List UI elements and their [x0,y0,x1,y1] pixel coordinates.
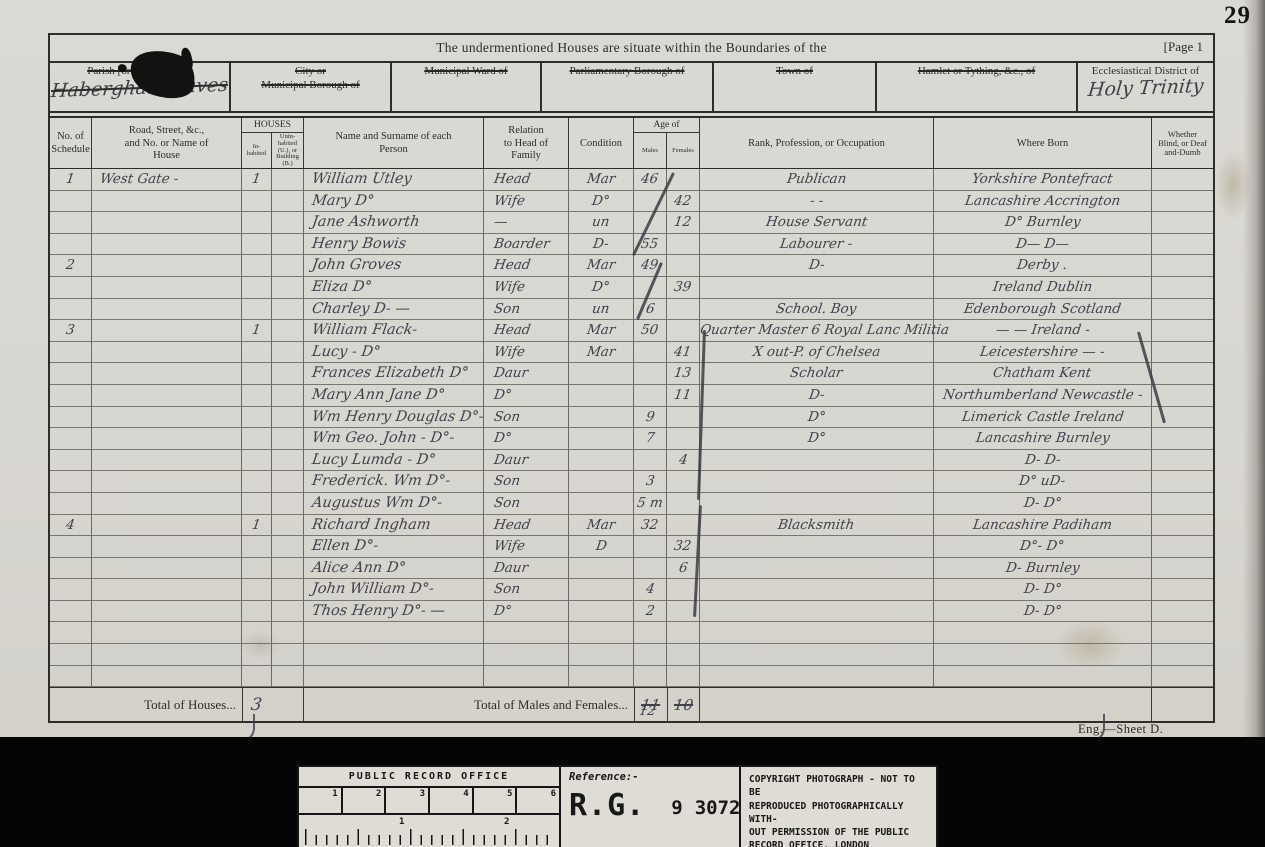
cell-relation: Son [484,471,569,493]
cell-occupation: Publican [700,169,934,191]
cell-age_m: 2 [634,601,667,623]
cell-age_m [634,536,667,558]
totals-empty-cell [1152,688,1213,721]
cell-infirm [1152,450,1213,472]
cell-relation: Son [484,579,569,601]
cell-name: Lucy Lumda - D° [304,450,484,472]
cell-condition [569,363,634,385]
cell-occupation: School. Boy [700,299,934,321]
cell-uninhabited [272,342,304,364]
form-title-row: The undermentioned Houses are situate wi… [50,35,1213,61]
cell-schedule: 3 [50,320,92,342]
cell-schedule [50,299,92,321]
cell-schedule [50,234,92,256]
cell-born: Derby . [934,255,1152,277]
cell-uninhabited [272,428,304,450]
col-header-houses: HOUSES [242,118,304,133]
col-header-inhabited: In- habited [242,133,272,169]
cell-born: D°- D° [934,536,1152,558]
table-row: Charley D- —Sonun6School. BoyEdenborough… [50,299,1213,321]
cell-name: Charley D- — [304,299,484,321]
cell-born: Limerick Castle Ireland [934,407,1152,429]
cell-schedule [50,428,92,450]
col-header-females: Females [667,133,700,169]
cell-infirm [1152,342,1213,364]
cell-inhabited [242,342,272,364]
cell-condition [569,579,634,601]
cell-schedule [50,644,92,666]
stamp-ruler-section: PUBLIC RECORD OFFICE 123456 1 2 [299,767,561,847]
cell-age_m: 46 [634,169,667,191]
cell-name: John Groves [304,255,484,277]
cell-relation: Wife [484,342,569,364]
cell-infirm [1152,212,1213,234]
cell-age_m: 9 [634,407,667,429]
cell-born: Lancashire Accrington [934,191,1152,213]
reference-series: R.G. [569,792,645,819]
cell-relation: Daur [484,558,569,580]
cell-condition: un [569,212,634,234]
cell-schedule [50,536,92,558]
cell-condition: Mar [569,342,634,364]
district-box: Parliamentary Borough of [542,63,714,111]
district-box-label: Municipal Ward of [424,65,507,79]
cell-born: D- D- [934,450,1152,472]
table-header: No. of Schedule Road, Street, &c., and N… [50,116,1213,169]
cell-age_f [667,407,700,429]
cell-infirm [1152,255,1213,277]
table-row: Mary D°WifeD°42- -Lancashire Accrington [50,191,1213,213]
district-box: Parish [or Township] ofHabergham Eaves [50,63,231,111]
stamp-copyright-notice: COPYRIGHT PHOTOGRAPH - NOT TO BE REPRODU… [741,767,936,847]
table-row: Jane Ashworth—un12House ServantD° Burnle… [50,212,1213,234]
cell-born: D— D— [934,234,1152,256]
cell-age_m: 49 [634,255,667,277]
total-houses-label: Total of Houses... [50,688,242,721]
cell-name: Ellen D°- [304,536,484,558]
cell-occupation [700,622,934,644]
cell-age_m: 5 m [634,493,667,515]
col-header-uninhabited: Unin- habited (U.), or Building (B.) [272,133,304,169]
cell-age_m: 32 [634,515,667,537]
cell-road [92,450,242,472]
cell-inhabited: 1 [242,320,272,342]
cell-inhabited [242,212,272,234]
table-row: 2John GrovesHeadMar49D-Derby . [50,255,1213,277]
cell-infirm [1152,493,1213,515]
cell-inhabited [242,234,272,256]
table-row: Eliza D°WifeD°39Ireland Dublin [50,277,1213,299]
ruler-inch-label: 1 [399,817,404,827]
cell-born: D- D° [934,601,1152,623]
cell-road [92,299,242,321]
cell-age_f [667,428,700,450]
cell-born [934,622,1152,644]
col-header-age: Age of [634,118,700,133]
reference-item: 3072 [695,797,741,819]
district-box-label: Hamlet or Tything, &c., of [918,65,1035,79]
cell-condition [569,385,634,407]
cell-occupation [700,558,934,580]
cell-relation: Wife [484,536,569,558]
stamp-reference-section: Reference:- R.G. 9 3072 [561,767,741,847]
cell-condition [569,407,634,429]
page-label: [Page 1 [1164,39,1203,55]
totals-empty-cell [934,688,1152,721]
cell-occupation [700,666,934,688]
cell-uninhabited [272,471,304,493]
cell-uninhabited [272,212,304,234]
district-box: Municipal Ward of [392,63,542,111]
cell-relation: — [484,212,569,234]
col-header-rank: Rank, Profession, or Occupation [700,118,934,169]
cell-inhabited [242,536,272,558]
cell-inhabited [242,666,272,688]
cell-age_m: 4 [634,579,667,601]
table-row: Wm Geo. John - D°-D°7D°Lancashire Burnle… [50,428,1213,450]
table-row: Frances Elizabeth D°Daur13ScholarChatham… [50,363,1213,385]
cell-occupation [700,579,934,601]
cell-name: Lucy - D° [304,342,484,364]
ruler-cm-cell: 5 [474,788,518,813]
district-header-row: Parish [or Township] ofHabergham EavesCi… [50,61,1213,113]
cell-schedule [50,342,92,364]
table-row: Wm Henry Douglas D°-Son9D°Limerick Castl… [50,407,1213,429]
cell-schedule [50,601,92,623]
cell-born: Lancashire Padiham [934,515,1152,537]
table-row: John William D°-Son4D- D° [50,579,1213,601]
cell-infirm [1152,644,1213,666]
ruler-inch-label: 2 [504,817,509,827]
table-body: 1West Gate -1William UtleyHeadMar46Publi… [50,169,1213,687]
cell-inhabited [242,428,272,450]
cell-age_f: 42 [667,191,700,213]
cell-age_f [667,493,700,515]
cell-age_m [634,342,667,364]
table-row: Frederick. Wm D°-Son3D° uD- [50,471,1213,493]
cell-condition [569,493,634,515]
cell-relation: Wife [484,191,569,213]
cell-age_m [634,558,667,580]
cell-age_f: 39 [667,277,700,299]
cell-infirm [1152,299,1213,321]
cell-inhabited [242,191,272,213]
cell-inhabited [242,601,272,623]
cell-condition: Mar [569,320,634,342]
table-row [50,644,1213,666]
table-row [50,622,1213,644]
cell-road [92,666,242,688]
cell-relation: Head [484,515,569,537]
ruler-cm-cell: 3 [386,788,430,813]
ruler-cm-cell: 4 [430,788,474,813]
cell-uninhabited [272,255,304,277]
cell-uninhabited [272,579,304,601]
cell-inhabited [242,299,272,321]
cell-occupation [700,536,934,558]
cell-inhabited [242,407,272,429]
cell-relation: Son [484,299,569,321]
cell-schedule [50,450,92,472]
public-record-office-stamp: PUBLIC RECORD OFFICE 123456 1 2 Referenc… [297,765,938,847]
cell-occupation [700,450,934,472]
cell-born: Chatham Kent [934,363,1152,385]
cell-inhabited [242,493,272,515]
cell-condition [569,622,634,644]
cell-condition: D° [569,191,634,213]
table-row [50,666,1213,688]
cell-born: Leicestershire — - [934,342,1152,364]
cell-age_f [667,255,700,277]
cell-name: Thos Henry D°- — [304,601,484,623]
cell-infirm [1152,363,1213,385]
cell-born: D° Burnley [934,212,1152,234]
cell-occupation: Blacksmith [700,515,934,537]
cell-condition [569,644,634,666]
cell-name: William Utley [304,169,484,191]
cell-age_f [667,622,700,644]
cell-road [92,622,242,644]
cell-occupation: D- [700,255,934,277]
cell-age_f [667,299,700,321]
cell-infirm [1152,191,1213,213]
table-row: Augustus Wm D°-Son5 mD- D° [50,493,1213,515]
stamp-office-title: PUBLIC RECORD OFFICE [299,767,559,788]
cell-name: Mary Ann Jane D° [304,385,484,407]
cell-road [92,234,242,256]
col-header-name: Name and Surname of each Person [304,118,484,169]
cell-relation: Daur [484,363,569,385]
table-row: Lucy Lumda - D°Daur4D- D- [50,450,1213,472]
cell-relation: D° [484,385,569,407]
cell-condition [569,601,634,623]
cell-born: Ireland Dublin [934,277,1152,299]
cell-road [92,277,242,299]
cell-relation: Head [484,169,569,191]
cell-age_m: 3 [634,471,667,493]
cell-road [92,558,242,580]
cell-name [304,622,484,644]
ruler-cm-cell: 6 [517,788,559,813]
cell-condition: Mar [569,515,634,537]
cell-occupation [700,277,934,299]
cell-infirm [1152,558,1213,580]
cell-age_m [634,622,667,644]
cell-inhabited [242,255,272,277]
cell-name: Richard Ingham [304,515,484,537]
form-title: The undermentioned Houses are situate wi… [436,40,827,56]
cell-relation: Son [484,493,569,515]
cell-road: West Gate - [92,169,242,191]
cell-age_m [634,450,667,472]
cell-schedule [50,622,92,644]
cell-condition [569,471,634,493]
cell-age_f: 32 [667,536,700,558]
census-sheet: 29 The undermentioned Houses are situate… [0,0,1265,740]
cell-born: D° uD- [934,471,1152,493]
cell-relation: D° [484,428,569,450]
cell-inhabited [242,385,272,407]
table-row: Lucy - D°WifeMar41X out-P. of ChelseaLei… [50,342,1213,364]
col-header-road: Road, Street, &c., and No. or Name of Ho… [92,118,242,169]
cell-uninhabited [272,169,304,191]
cell-relation: Head [484,320,569,342]
cell-uninhabited [272,622,304,644]
cell-condition: D° [569,277,634,299]
table-row: Mary Ann Jane D°D°11D-Northumberland New… [50,385,1213,407]
cell-occupation: Labourer - [700,234,934,256]
cell-relation: Daur [484,450,569,472]
col-header-blind: Whether Blind, or Deaf and-Dumb [1152,118,1213,169]
cell-age_f [667,320,700,342]
cell-uninhabited [272,558,304,580]
cell-occupation: - - [700,191,934,213]
cell-born: D- Burnley [934,558,1152,580]
col-header-schedule: No. of Schedule [50,118,92,169]
cell-name: William Flack- [304,320,484,342]
col-header-males: Males [634,133,667,169]
total-males-females-label: Total of Males and Females... [304,688,634,721]
cell-road [92,579,242,601]
cell-road [92,385,242,407]
cell-age_f [667,666,700,688]
cell-schedule [50,385,92,407]
cell-infirm [1152,579,1213,601]
district-box-label: Parliamentary Borough of [570,65,685,79]
cell-age_f: 41 [667,342,700,364]
cell-occupation: D° [700,407,934,429]
cell-relation: Boarder [484,234,569,256]
cell-relation: D° [484,601,569,623]
cell-name: Augustus Wm D°- [304,493,484,515]
cell-name: Jane Ashworth [304,212,484,234]
cell-uninhabited [272,407,304,429]
cell-condition [569,428,634,450]
cell-relation: Head [484,255,569,277]
cell-schedule [50,363,92,385]
cell-name: Mary D° [304,191,484,213]
cell-inhabited: 1 [242,515,272,537]
cell-name [304,666,484,688]
table-row: Henry BowisBoarderD-55Labourer -D— D— [50,234,1213,256]
table-row: 41Richard InghamHeadMar32BlacksmithLanca… [50,515,1213,537]
cell-occupation: Quarter Master 6 Royal Lanc Militia [700,320,934,342]
cell-age_f: 11 [667,385,700,407]
cell-condition [569,450,634,472]
cell-inhabited: 1 [242,169,272,191]
cell-age_f [667,515,700,537]
cell-name: Wm Henry Douglas D°- [304,407,484,429]
cell-uninhabited [272,601,304,623]
table-row: 1West Gate -1William UtleyHeadMar46Publi… [50,169,1213,191]
cell-age_m [634,644,667,666]
cell-relation [484,644,569,666]
cell-born: Lancashire Burnley [934,428,1152,450]
totals-empty-cell [700,688,934,721]
cell-occupation: Scholar [700,363,934,385]
cell-condition: un [569,299,634,321]
cell-inhabited [242,363,272,385]
cell-occupation [700,471,934,493]
cell-name: Eliza D° [304,277,484,299]
cell-schedule [50,277,92,299]
cell-infirm [1152,666,1213,688]
paper-edge-shadow [1243,0,1265,740]
cell-inhabited [242,579,272,601]
table-row: 31William Flack-HeadMar50Quarter Master … [50,320,1213,342]
cell-road [92,644,242,666]
cell-schedule: 1 [50,169,92,191]
cell-name: Frances Elizabeth D° [304,363,484,385]
cell-occupation: D- [700,385,934,407]
cell-occupation: D° [700,428,934,450]
cell-road [92,428,242,450]
cell-age_f [667,644,700,666]
cell-schedule [50,191,92,213]
table-row: Thos Henry D°- —D°2D- D° [50,601,1213,623]
cell-schedule [50,666,92,688]
cell-infirm [1152,471,1213,493]
cell-born: — — Ireland - [934,320,1152,342]
cell-infirm [1152,536,1213,558]
cell-condition [569,666,634,688]
cell-occupation: X out-P. of Chelsea [700,342,934,364]
cell-born [934,644,1152,666]
ruler-cm-cell: 2 [343,788,387,813]
ruler-minor-ticks [305,835,553,845]
cell-uninhabited [272,644,304,666]
cell-road [92,342,242,364]
cell-name: Frederick. Wm D°- [304,471,484,493]
cell-infirm [1152,234,1213,256]
cell-uninhabited [272,385,304,407]
cell-occupation [700,644,934,666]
cell-schedule [50,471,92,493]
col-header-condition: Condition [569,118,634,169]
cell-inhabited [242,471,272,493]
scan-background-band: PUBLIC RECORD OFFICE 123456 1 2 Referenc… [0,737,1265,847]
district-box: City or Municipal Borough of [231,63,392,111]
cell-inhabited [242,277,272,299]
cell-inhabited [242,644,272,666]
cell-uninhabited [272,277,304,299]
cell-inhabited [242,622,272,644]
cell-uninhabited [272,234,304,256]
reference-code: R.G. 9 3072 [569,789,731,819]
cell-age_f [667,471,700,493]
cell-road [92,601,242,623]
scanned-census-page: 29 The undermentioned Houses are situate… [0,0,1265,847]
cell-relation: Son [484,407,569,429]
cell-road [92,471,242,493]
cell-relation [484,622,569,644]
cell-name: Alice Ann D° [304,558,484,580]
cell-schedule: 2 [50,255,92,277]
cell-uninhabited [272,299,304,321]
cell-born: Edenborough Scotland [934,299,1152,321]
cell-age_m [634,666,667,688]
total-males-value: 11 12 [634,688,667,721]
cell-age_f: 4 [667,450,700,472]
cell-age_m [634,363,667,385]
cell-uninhabited [272,493,304,515]
col-header-born: Where Born [934,118,1152,169]
cell-uninhabited [272,363,304,385]
cell-road [92,320,242,342]
cell-age_f: 12 [667,212,700,234]
cell-uninhabited [272,666,304,688]
census-form: The undermentioned Houses are situate wi… [48,33,1215,723]
